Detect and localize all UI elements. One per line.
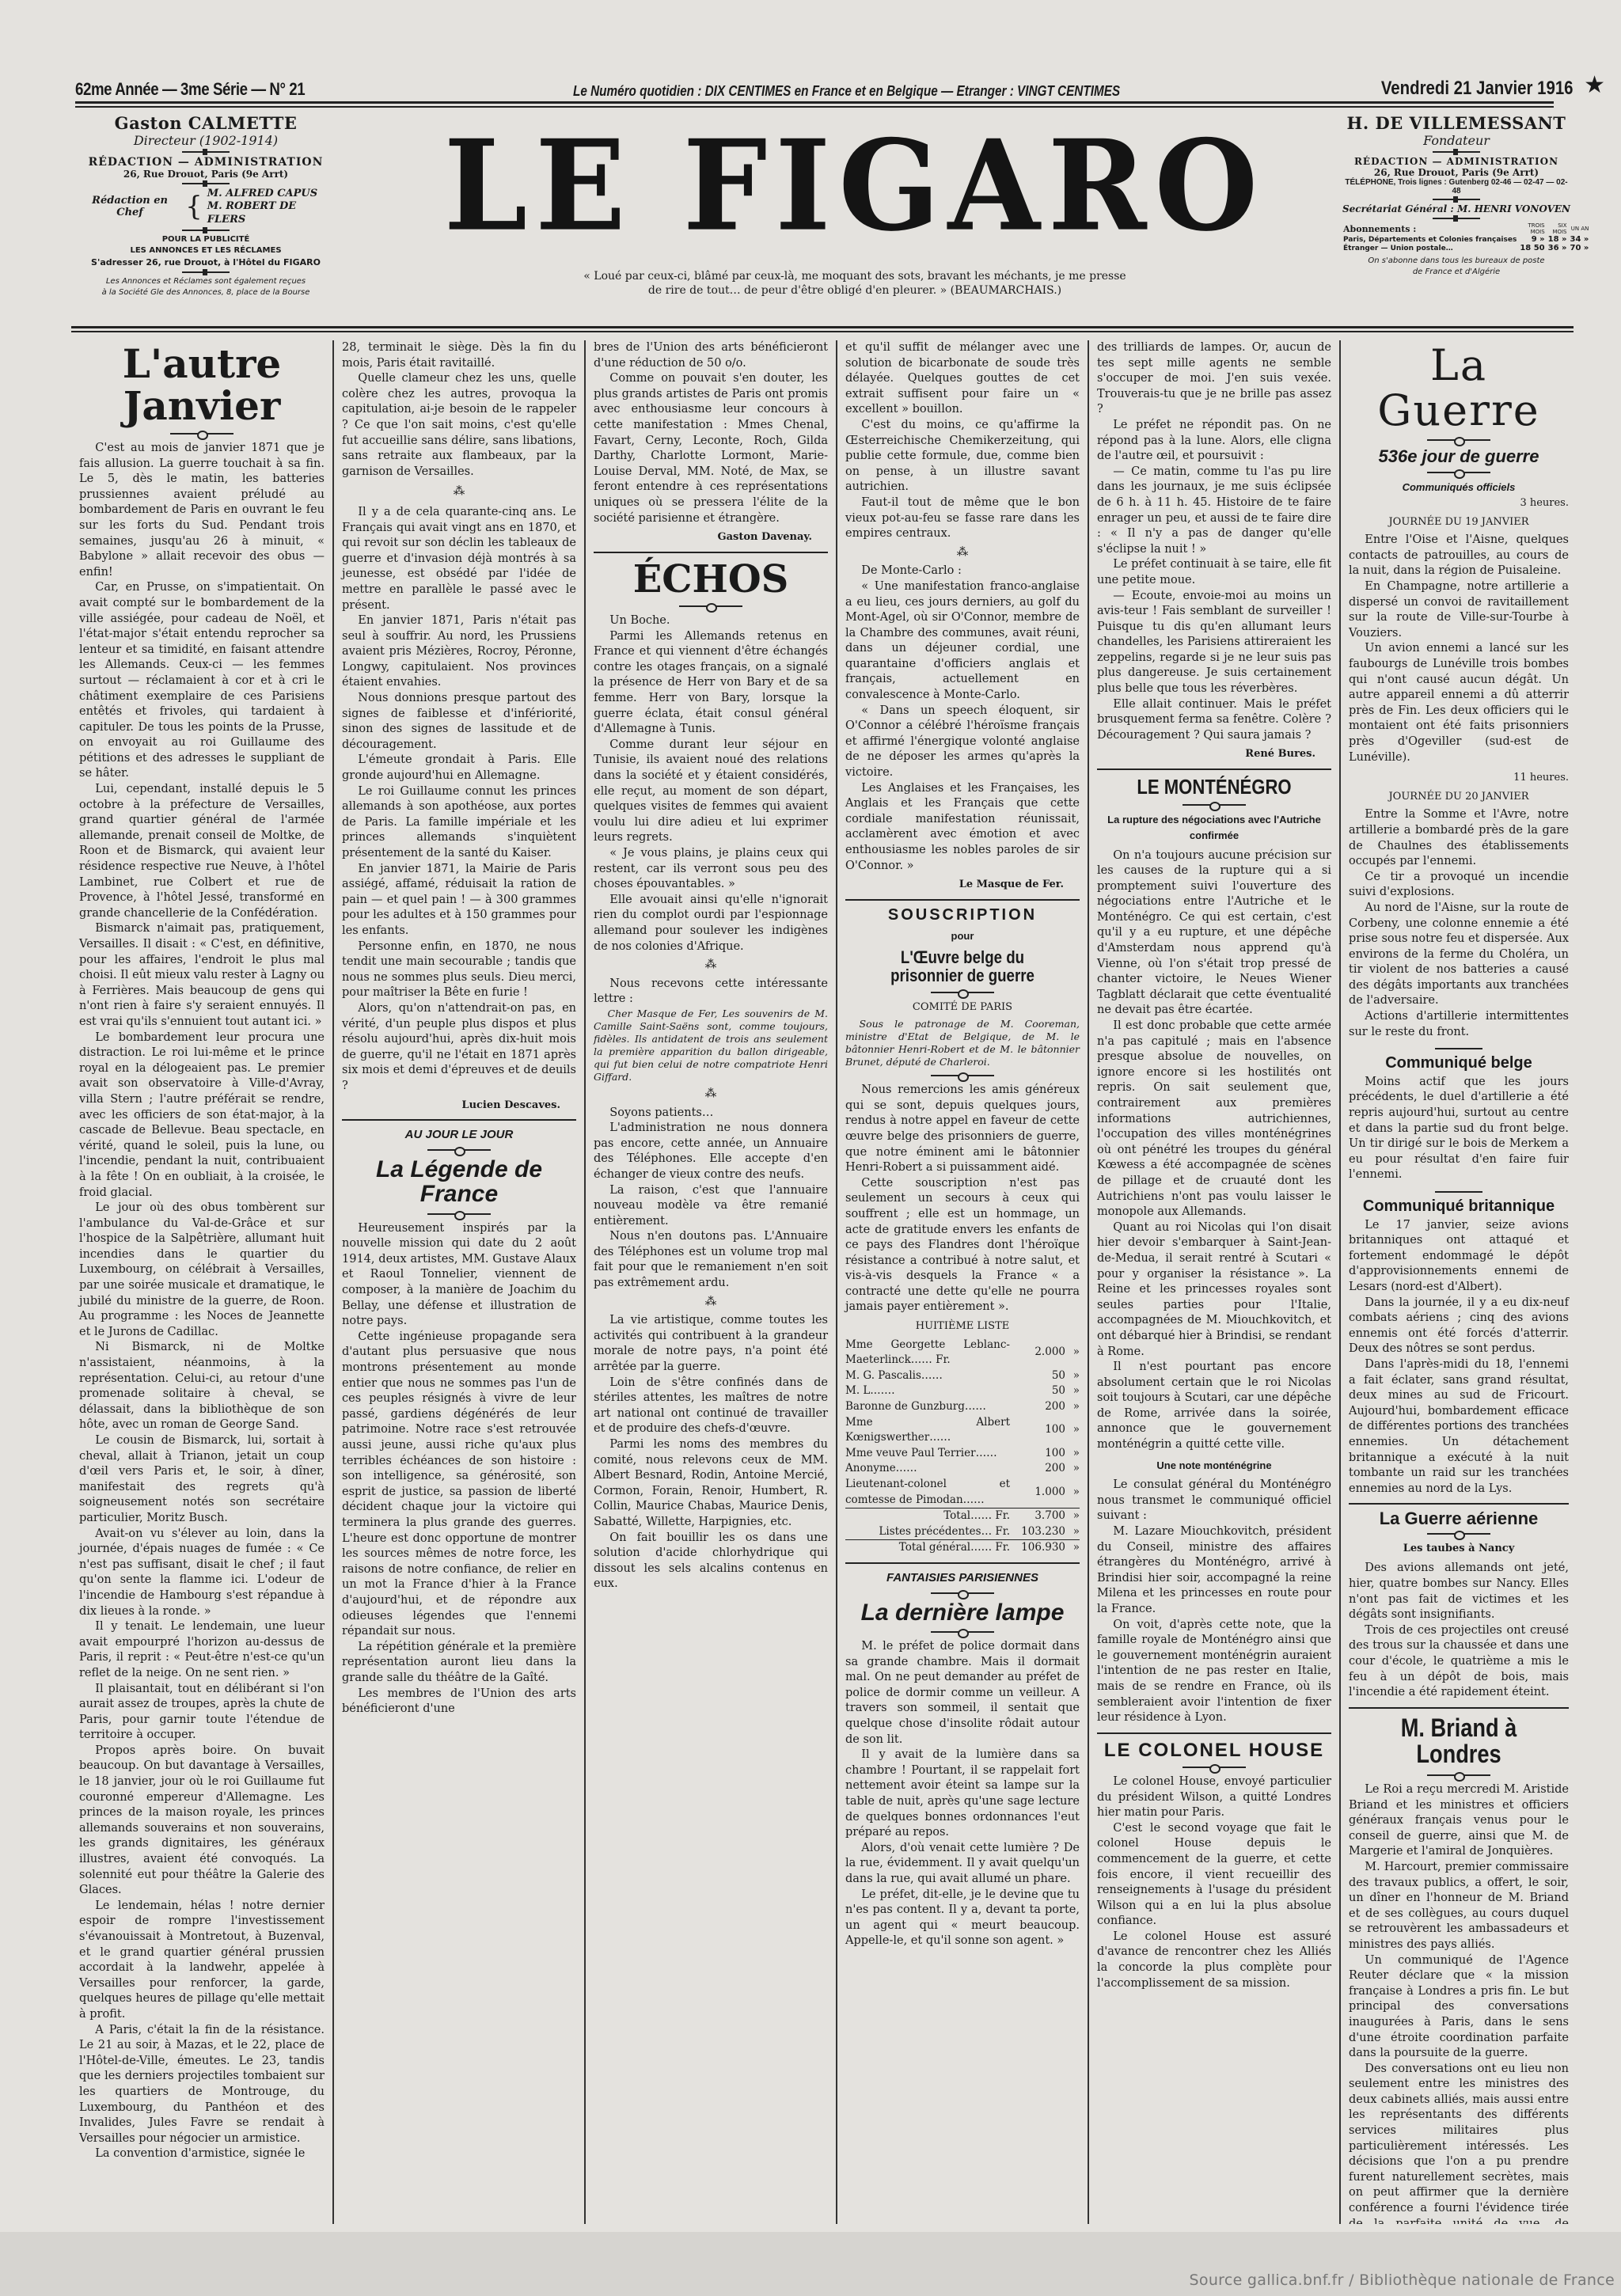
donation-row: Mme veuve Paul Terrier……100» — [845, 1446, 1080, 1462]
communique-day: JOURNÉE DU 20 JANVIER — [1349, 789, 1569, 805]
chef-label: Rédaction en Chef — [79, 195, 180, 218]
ornament — [182, 183, 230, 184]
paragraph: La vie artistique, comme toutes les acti… — [594, 1313, 828, 1375]
abo-note-2: de France et d'Algérie — [1342, 267, 1571, 278]
section-divider — [1097, 768, 1331, 770]
paragraph: De Monte-Carlo : — [845, 564, 1080, 579]
telephone: TÉLÉPHONE, Trois lignes : Gutenberg 02-4… — [1342, 178, 1571, 195]
ornament — [182, 151, 230, 153]
abo-note-1: On s'abonne dans tous les bureaux de pos… — [1342, 256, 1571, 267]
paragraph: Ni Bismarck, ni de Moltke n'assistaient,… — [79, 1340, 325, 1433]
paragraph: Le colonel House est assuré d'avance de … — [1097, 1930, 1331, 1991]
paragraph: L'administration ne nous donnera pas enc… — [594, 1121, 828, 1182]
director-name: Gaston CALMETTE — [79, 113, 332, 133]
paragraph: Nous donnions presque partout des signes… — [342, 691, 576, 753]
newspaper-logo: LE FIGARO — [400, 123, 1310, 249]
founder-role: Fondateur — [1342, 133, 1571, 148]
paragraph: Il plaisantait, tout en délibérant si l'… — [79, 1682, 325, 1744]
author-signature: Gaston Davenay. — [594, 529, 828, 545]
paragraph: Le cousin de Bismarck, lui, sortait à ch… — [79, 1433, 325, 1527]
paragraph: Cette ingénieuse propagande sera d'autan… — [342, 1330, 576, 1640]
paragraph: Entre l'Oise et l'Aisne, quelques contac… — [1349, 533, 1569, 579]
article-title: La dernière lampe — [845, 1600, 1080, 1626]
section-title: Communiqué britannique — [1349, 1199, 1569, 1215]
ornament — [931, 992, 994, 993]
issue-date: Vendredi 21 Janvier 1916 — [1381, 78, 1574, 100]
subscription-subtitle: L'Œuvre belge du prisonnier de guerre — [863, 948, 1062, 985]
ornament — [1427, 439, 1490, 441]
article-subhead: Les taubes à Nancy — [1349, 1541, 1569, 1557]
ornament — [1183, 804, 1246, 806]
asterism-icon: ⁂ — [594, 1295, 828, 1311]
ornament — [427, 1149, 491, 1151]
paragraph: Le bombardement leur procura une distrac… — [79, 1030, 325, 1201]
column-6: La Guerre 536e jour de guerre Communiqué… — [1339, 340, 1577, 2224]
paragraph: La répétition générale et la première re… — [342, 1640, 576, 1687]
newspaper-page: 62me Année — 3me Série — N° 21 Le Numéro… — [0, 0, 1621, 2232]
paragraph: Il y avait de la lumière dans sa chambre… — [845, 1748, 1080, 1841]
paragraph: M. Lazare Miouchkovitch, président du Co… — [1097, 1524, 1331, 1618]
subscription-pour: pour — [845, 928, 1080, 944]
abo-row: Étranger — Union postale… 18 50 36 » 70 … — [1342, 244, 1590, 252]
author-signature: Lucien Descaves. — [342, 1098, 576, 1114]
paragraph: Quelle clameur chez les uns, quelle colè… — [342, 371, 576, 480]
paragraph: Les Anglaises et les Françaises, les Ang… — [845, 781, 1080, 875]
masthead-right: H. DE VILLEMESSANT Fondateur RÉDACTION —… — [1342, 113, 1571, 277]
ornament — [1427, 1774, 1490, 1776]
echo-heading: Un Boche. — [594, 613, 828, 629]
section-title-echos: ÉCHOS — [594, 560, 828, 599]
paragraph: Moins actif que les jours précédents, le… — [1349, 1075, 1569, 1183]
paragraph: Le consulat général du Monténégro nous t… — [1097, 1478, 1331, 1524]
ornament — [170, 433, 233, 435]
paragraph: Nous remercions les amis généreux qui se… — [845, 1083, 1080, 1176]
paragraph: Alors, d'où venait cette lumière ? De la… — [845, 1841, 1080, 1888]
paragraph: — Ce matin, comme tu l'as pu lire dans l… — [1097, 465, 1331, 558]
paragraph: Car, en Prusse, on s'impatientait. On av… — [79, 580, 325, 782]
paragraph: Les membres de l'Union des arts bénéfici… — [342, 1687, 576, 1717]
paragraph: A Paris, c'était la fin de la résistance… — [79, 2023, 325, 2147]
motto-line-2: de rire de tout… de peur d'être obligé d… — [554, 283, 1156, 298]
subscription-title: SOUSCRIPTION — [845, 907, 1080, 924]
paragraph: Trois de ces projectiles ont creusé des … — [1349, 1623, 1569, 1701]
paragraph: Ce tir a provoqué un incendie suivi d'ex… — [1349, 870, 1569, 901]
paragraph: En janvier 1871, Paris n'était pas seul … — [342, 613, 576, 691]
paragraph: Entre la Somme et l'Avre, notre artiller… — [1349, 807, 1569, 869]
ornament — [1433, 151, 1480, 153]
top-info-bar: 62me Année — 3me Série — N° 21 Le Numéro… — [75, 71, 1574, 100]
paragraph: Quant au roi Nicolas qui l'on disait hie… — [1097, 1220, 1331, 1360]
pub-line-1: POUR LA PUBLICITÉ — [79, 234, 332, 245]
paragraph: Parmi les noms des membres du comité, no… — [594, 1437, 828, 1531]
section-divider — [845, 899, 1080, 901]
section-divider — [1097, 1732, 1331, 1734]
abo-col: SIX MOIS — [1547, 222, 1569, 235]
paragraph: Faut-il tout de même que le bon vieux po… — [845, 495, 1080, 542]
section-kicker: AU JOUR LE JOUR — [342, 1127, 576, 1143]
column-2: 28, terminait le siège. Dès la fin du mo… — [332, 340, 584, 2224]
donation-list: Mme Georgette Leblanc-Maeterlinck…… Fr.2… — [845, 1338, 1080, 1556]
section-kicker: FANTAISIES PARISIENNES — [845, 1570, 1080, 1586]
address: 26, Rue Drouot, Paris (9e Arrt) — [1342, 167, 1571, 178]
asterism-icon: ⁂ — [594, 1087, 828, 1102]
donation-row: Lieutenant-colonel et comtesse de Pimoda… — [845, 1477, 1080, 1509]
ornament — [679, 605, 742, 607]
paragraph: Cette souscription n'est pas seulement u… — [845, 1176, 1080, 1315]
paragraph: et qu'il suffit de mélanger avec une sol… — [845, 340, 1080, 418]
paragraph: Comme on pouvait s'en douter, les plus g… — [594, 371, 828, 526]
paragraph: Dans la journée, il y a eu dix-neuf comb… — [1349, 1296, 1569, 1357]
paragraph: M. le préfet de police dormait dans sa g… — [845, 1639, 1080, 1748]
paragraph: « Une manifestation franco-anglaise a eu… — [845, 579, 1080, 704]
paragraph: Il est donc probable que cette armée n'a… — [1097, 1019, 1331, 1220]
paragraph: Heureusement inspirés par la nouvelle mi… — [342, 1221, 576, 1330]
ads-note-2: à la Société Gle des Annonces, 8, place … — [79, 287, 332, 298]
committee-label: COMITÉ DE PARIS — [845, 1000, 1080, 1015]
list-grand-total: Total général…… Fr. 106.930 » — [845, 1540, 1080, 1556]
article-title: LE MONTÉNÉGRO — [1114, 776, 1314, 798]
paragraph: Dans l'après-midi du 18, l'ennemi a fait… — [1349, 1357, 1569, 1497]
paragraph: « Dans un speech éloquent, sir O'Connor … — [845, 704, 1080, 781]
asterism-icon: ⁂ — [594, 958, 828, 973]
masthead-left: Gaston CALMETTE Directeur (1902-1914) RÉ… — [79, 113, 332, 298]
motto: « Loué par ceux-ci, blâmé par ceux-là, m… — [554, 269, 1156, 298]
paragraph: Actions d'artillerie intermittentes sur … — [1349, 1009, 1569, 1040]
paragraph: Le lendemain, hélas ! notre dernier espo… — [79, 1899, 325, 2023]
paragraph: Nous recevons cette intéressante lettre … — [594, 977, 828, 1008]
masthead-rule — [71, 326, 1574, 332]
star-icon: ★ — [1584, 71, 1605, 99]
paragraph: En Champagne, notre artillerie a dispers… — [1349, 579, 1569, 641]
section-divider — [342, 1119, 576, 1121]
divider — [1435, 1048, 1482, 1049]
asterism-icon: ⁂ — [342, 484, 576, 500]
paragraph: M. Harcourt, premier commissaire des tra… — [1349, 1860, 1569, 1953]
donation-row: M. L.……50» — [845, 1383, 1080, 1399]
paragraph: Le préfet ne répondit pas. On ne répond … — [1097, 418, 1331, 465]
communiques-label: Communiqués officiels — [1349, 480, 1569, 495]
chef-2: M. ROBERT DE FLERS — [207, 200, 296, 225]
ornament — [931, 1631, 994, 1633]
ornament — [1427, 472, 1490, 473]
address: 26, Rue Drouot, Paris (9e Arrt) — [79, 169, 332, 180]
ornament — [1427, 1533, 1490, 1535]
ornament — [931, 1075, 994, 1076]
abo-col: UN AN — [1569, 222, 1591, 235]
founder-name: H. DE VILLEMESSANT — [1342, 113, 1571, 133]
paragraph: On voit, d'après cette note, que la fami… — [1097, 1618, 1331, 1726]
source-credit: Source gallica.bnf.fr / Bibliothèque nat… — [1190, 2271, 1615, 2289]
paragraph: On n'a toujours aucune précision sur les… — [1097, 848, 1331, 1019]
column-4: et qu'il suffit de mélanger avec une sol… — [836, 340, 1088, 2224]
article-title: LE COLONEL HOUSE — [1097, 1740, 1331, 1760]
abo-label: Abonnements : — [1342, 222, 1518, 235]
list-title: HUITIÈME LISTE — [845, 1319, 1080, 1334]
list-previous: Listes précédentes… Fr. 103.230 » — [845, 1524, 1080, 1540]
ornament — [427, 1213, 491, 1215]
paragraph: Bismarck n'aimait pas, pratiquement, Ver… — [79, 921, 325, 1030]
ornament — [1433, 199, 1480, 200]
paragraph: Des avions allemands ont jeté, hier, qua… — [1349, 1561, 1569, 1622]
article-columns: L'autre Janvier C'est au mois de janvier… — [71, 340, 1567, 2224]
communique-time: 3 heures. — [1349, 495, 1569, 511]
chef-1: M. ALFRED CAPUS — [207, 188, 317, 199]
paragraph: Le préfet, dit-elle, je le devine que tu… — [845, 1888, 1080, 1949]
donation-row: Mme Albert Kœnigswerther……100» — [845, 1415, 1080, 1446]
column-5: des trilliards de lampes. Or, aucun de t… — [1088, 340, 1339, 2224]
paragraph: Elle avouait ainsi qu'elle n'ignorait ri… — [594, 893, 828, 954]
paragraph: Lui, cependant, installé depuis le 5 oct… — [79, 782, 325, 921]
ornament — [182, 271, 230, 273]
paragraph: — Ecoute, envoie-moi au moins un avis-te… — [1097, 589, 1331, 697]
section-divider — [1349, 1707, 1569, 1709]
war-day-counter: 536e jour de guerre — [1349, 447, 1569, 465]
section-divider — [845, 1562, 1080, 1564]
article-title: M. Briand à Londres — [1365, 1715, 1552, 1768]
brace-glyph: { — [185, 193, 203, 220]
donation-row: Anonyme……200» — [845, 1461, 1080, 1477]
secretariat: Secrétariat Général : M. HENRI VONOVEN — [1342, 203, 1571, 214]
pub-line-2: LES ANNONCES ET LES RÉCLAMES — [79, 245, 332, 256]
paragraph: Des conversations ont eu lieu non seulem… — [1349, 2062, 1569, 2224]
list-total: Total…… Fr. 3.700 » — [845, 1509, 1080, 1524]
paragraph: Loin de s'être confinés dans de stériles… — [594, 1376, 828, 1437]
paragraph: Au nord de l'Aisne, sur la route de Corb… — [1349, 901, 1569, 1009]
article-title: La Légende de France — [342, 1157, 576, 1207]
article-title: L'autre Janvier — [79, 343, 325, 427]
war-title: La Guerre — [1349, 343, 1569, 433]
paragraph: des trilliards de lampes. Or, aucun de t… — [1097, 340, 1331, 418]
paragraph: Le colonel House, envoyé particulier du … — [1097, 1774, 1331, 1821]
article-title: La Guerre aérienne — [1349, 1511, 1569, 1527]
abo-row: Paris, Départements et Colonies français… — [1342, 235, 1590, 244]
ornament — [1183, 1767, 1246, 1768]
patronage-note: Sous le patronage de M. Cooreman, minist… — [845, 1018, 1080, 1068]
paragraph: En janvier 1871, la Mairie de Paris assi… — [342, 862, 576, 939]
section-divider — [1349, 1503, 1569, 1505]
donation-row: Baronne de Gunzburg……200» — [845, 1399, 1080, 1415]
subscription-table: Abonnements : TROIS MOIS SIX MOIS UN AN … — [1342, 222, 1571, 252]
paragraph: Il y a de cela quarante-cinq ans. Le Fra… — [342, 505, 576, 613]
communique-time: 11 heures. — [1349, 770, 1569, 786]
ads-note-1: Les Annonces et Réclames sont également … — [79, 276, 332, 287]
paragraph: Alors, qu'on n'attendrait-on pas, en vér… — [342, 1001, 576, 1095]
article-subhead: La rupture des négociations avec l'Autri… — [1097, 812, 1331, 843]
paragraph: Un communiqué de l'Agence Reuter déclare… — [1349, 1953, 1569, 2062]
paragraph: Personne enfin, en 1870, ne nous tendit … — [342, 939, 576, 1001]
column-1: L'autre Janvier C'est au mois de janvier… — [71, 340, 332, 2224]
paragraph: Le 17 janvier, seize avions britanniques… — [1349, 1218, 1569, 1296]
dept-label: RÉDACTION — ADMINISTRATION — [79, 156, 332, 169]
paragraph: Parmi les Allemands retenus en France et… — [594, 629, 828, 738]
ornament — [931, 1592, 994, 1594]
paragraph: Soyons patients… — [594, 1106, 828, 1121]
divider — [1435, 1191, 1482, 1193]
issue-number: 62me Année — 3me Série — N° 21 — [75, 79, 305, 100]
paragraph: Il y tenait. Le lendemain, une lueur ava… — [79, 1619, 325, 1681]
director-role: Directeur (1902-1914) — [79, 133, 332, 148]
paragraph: Propos après boire. On buvait beaucoup. … — [79, 1744, 325, 1899]
paragraph: Le Roi a reçu mercredi M. Aristide Brian… — [1349, 1782, 1569, 1860]
paragraph: Le jour où des obus tombèrent sur l'ambu… — [79, 1201, 325, 1340]
dept-label: RÉDACTION — ADMINISTRATION — [1342, 156, 1571, 167]
editors-in-chief: Rédaction en Chef { M. ALFRED CAPUS M. R… — [79, 188, 332, 226]
motto-line-1: « Loué par ceux-ci, blâmé par ceux-là, m… — [554, 269, 1156, 283]
letter: Cher Masque de Fer, Les souvenirs de M. … — [594, 1008, 828, 1083]
author-signature: Le Masque de Fer. — [845, 877, 1080, 893]
ornament — [1433, 218, 1480, 219]
donation-row: M. G. Pascalis……50» — [845, 1368, 1080, 1384]
donation-row: Mme Georgette Leblanc-Maeterlinck…… Fr.2… — [845, 1338, 1080, 1368]
paragraph: bres de l'Union des arts bénéficieront d… — [594, 340, 828, 371]
paragraph: Le préfet continuait à se taire, elle fi… — [1097, 557, 1331, 588]
paragraph: Nous n'en doutons pas. L'Annuaire des Té… — [594, 1229, 828, 1291]
abo-col: TROIS MOIS — [1518, 222, 1546, 235]
column-3: bres de l'Union des arts bénéficieront d… — [584, 340, 836, 2224]
paragraph: « Je vous plains, je plains ceux qui res… — [594, 846, 828, 893]
paragraph: 28, terminait le siège. Dès la fin du mo… — [342, 340, 576, 371]
paragraph: L'émeute grondait à Paris. Elle gronde a… — [342, 753, 576, 784]
paragraph: La raison, c'est que l'annuaire nouveau … — [594, 1183, 828, 1230]
paragraph: Comme durant leur séjour en Tunisie, ils… — [594, 738, 828, 846]
paragraph: C'est le second voyage que fait le colon… — [1097, 1821, 1331, 1930]
paragraph: On fait bouillir les os dans une solutio… — [594, 1531, 828, 1592]
paragraph: Un avion ennemi a lancé sur les faubourg… — [1349, 641, 1569, 765]
section-divider — [594, 552, 828, 553]
paragraph: Elle allait continuer. Mais le préfet br… — [1097, 697, 1331, 744]
ornament — [182, 230, 230, 231]
top-rule — [75, 101, 1554, 108]
section-title: Communiqué belge — [1349, 1056, 1569, 1072]
asterism-icon: ⁂ — [845, 545, 1080, 561]
paragraph: Il n'est pourtant pas encore absolument … — [1097, 1360, 1331, 1453]
paragraph: La convention d'armistice, signée le — [79, 2146, 325, 2162]
paragraph: C'est au mois de janvier 1871 que je fai… — [79, 441, 325, 580]
article-subhead: Une note monténégrine — [1097, 1458, 1331, 1474]
pub-line-3: S'adresser 26, rue Drouot, à l'Hôtel du … — [79, 256, 332, 268]
communique-day: JOURNÉE DU 19 JANVIER — [1349, 514, 1569, 530]
paragraph: Avait-on vu s'élever au loin, dans la jo… — [79, 1527, 325, 1620]
paragraph: C'est du moins, ce qu'affirme la Œsterre… — [845, 418, 1080, 495]
author-signature: René Bures. — [1097, 746, 1331, 762]
price-line: Le Numéro quotidien : DIX CENTIMES en Fr… — [573, 83, 1120, 100]
paragraph: Le roi Guillaume connut les princes alle… — [342, 784, 576, 862]
